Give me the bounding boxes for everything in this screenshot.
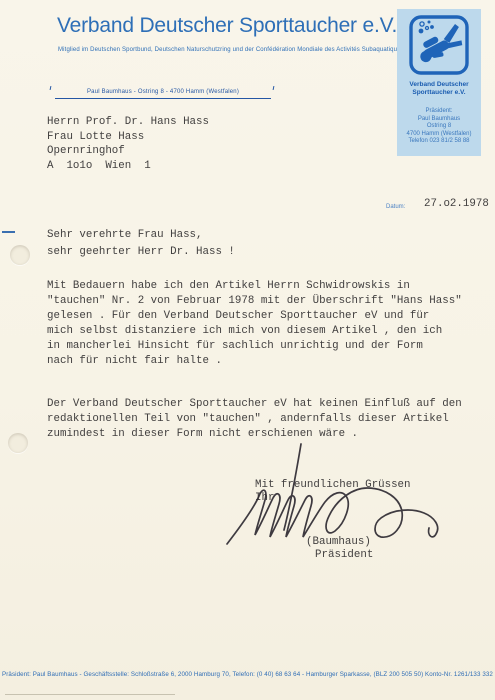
footer-imprint: Präsident: Paul Baumhaus - Geschäftsstel…: [0, 671, 495, 678]
sender-return-address: Paul Baumhaus - Ostring 8 - 4700 Hamm (W…: [55, 89, 271, 99]
punch-hole-bottom: [8, 433, 28, 453]
org-subtitle: Mitglied im Deutschen Sportbund, Deutsch…: [58, 47, 438, 53]
paper-edge-shadow: [5, 694, 175, 695]
crop-mark-left: [50, 86, 52, 90]
crop-mark-right: [273, 86, 275, 90]
salutation: Sehr verehrte Frau Hass, sehr geehrter H…: [47, 227, 235, 260]
handwritten-signature-icon: [215, 438, 455, 556]
body-paragraph-2: Der Verband Deutscher Sporttaucher eV ha…: [47, 397, 462, 442]
fold-mark: [2, 231, 15, 233]
letter-page: Verband Deutscher Sporttaucher e.V. Mitg…: [0, 0, 495, 700]
logo-org-name: Verband Deutscher Sporttaucher e.V.: [397, 81, 481, 97]
recipient-address: Herrn Prof. Dr. Hans Hass Frau Lotte Has…: [47, 115, 209, 173]
date-label: Datum:: [386, 204, 405, 210]
punch-hole-top: [10, 245, 30, 265]
body-paragraph-1: Mit Bedauern habe ich den Artikel Herrn …: [47, 279, 462, 369]
logo-info-box: Verband Deutscher Sporttaucher e.V. Präs…: [397, 9, 481, 156]
scuba-diver-icon: [407, 13, 471, 77]
date-value: 27.o2.1978: [424, 198, 489, 210]
org-title: Verband Deutscher Sporttaucher e.V.: [57, 14, 397, 38]
logo-contact-block: Präsident: Paul Baumhaus Ostring 8 4700 …: [397, 108, 481, 146]
